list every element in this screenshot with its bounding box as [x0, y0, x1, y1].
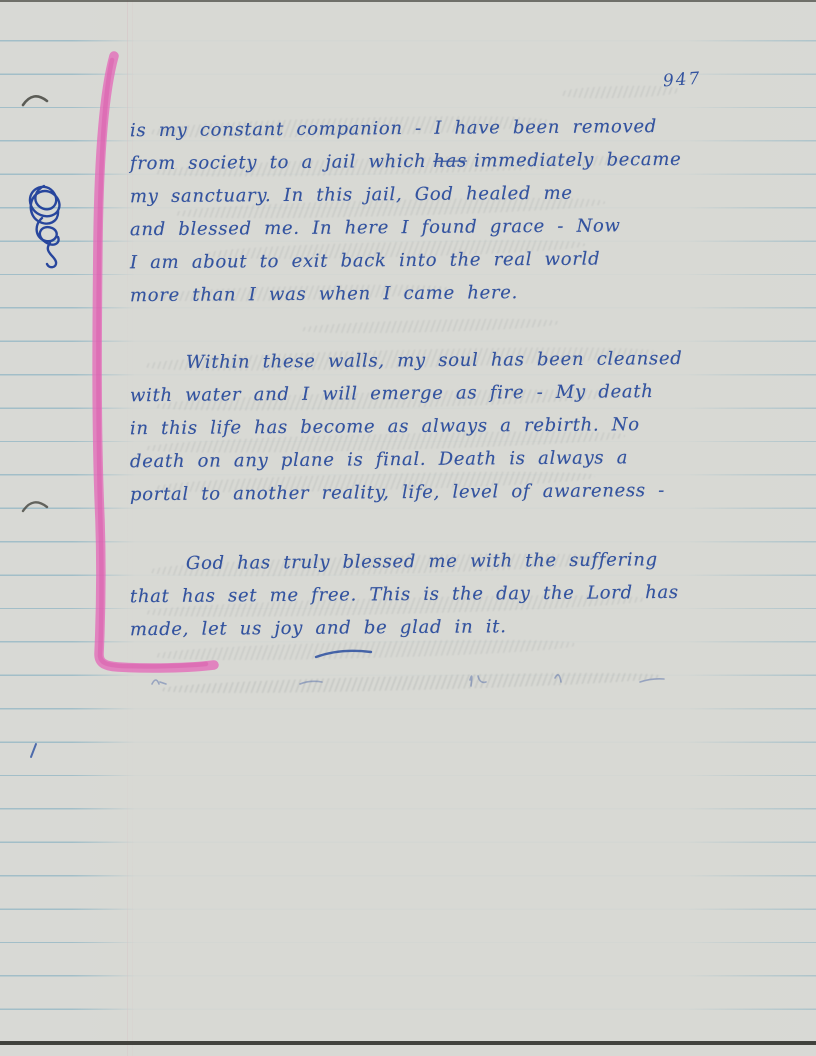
ink-tick [31, 744, 36, 757]
scanned-page: 947 is my constant companion - I have be… [0, 0, 816, 1056]
handwritten-line: Within these walls, my soul has been cle… [130, 348, 746, 383]
line-segment: from society to a jail which [130, 151, 427, 174]
line-segment: immediately became [474, 149, 682, 172]
page-number: 947 [662, 69, 702, 92]
handwritten-line: with water and I will emerge as fire - M… [130, 381, 690, 415]
underline-flourish [316, 651, 371, 657]
scan-edge-top [0, 0, 816, 2]
scan-edge-bottom [0, 1041, 816, 1045]
handwritten-line: in this life has become as always a rebi… [130, 414, 690, 448]
handwritten-line: death on any plane is final. Death is al… [130, 447, 690, 481]
handwritten-line: that has set me free. This is the day th… [130, 582, 690, 616]
ink-scribble [30, 186, 60, 267]
hole-punch-shadow-middle [23, 502, 47, 511]
handwritten-line: from society to a jail whichhasimmediate… [130, 149, 690, 183]
handwritten-line: made, let us joy and be glad in it. [130, 615, 690, 649]
hole-punch-shadow-top [23, 96, 47, 105]
handwritten-line: is my constant companion - I have been r… [130, 116, 690, 150]
handwritten-line: portal to another reality, life, level o… [130, 480, 690, 514]
faint-ghost-line [152, 675, 664, 686]
handwritten-line: I am about to exit back into the real wo… [130, 248, 690, 282]
handwritten-line: and blessed me. In here I found grace - … [130, 215, 690, 249]
handwritten-line: my sanctuary. In this jail, God healed m… [130, 182, 690, 216]
handwritten-line: God has truly blessed me with the suffer… [130, 549, 746, 584]
handwritten-line: more than I was when I came here. [130, 281, 690, 315]
strikethrough-word: has [433, 151, 467, 172]
